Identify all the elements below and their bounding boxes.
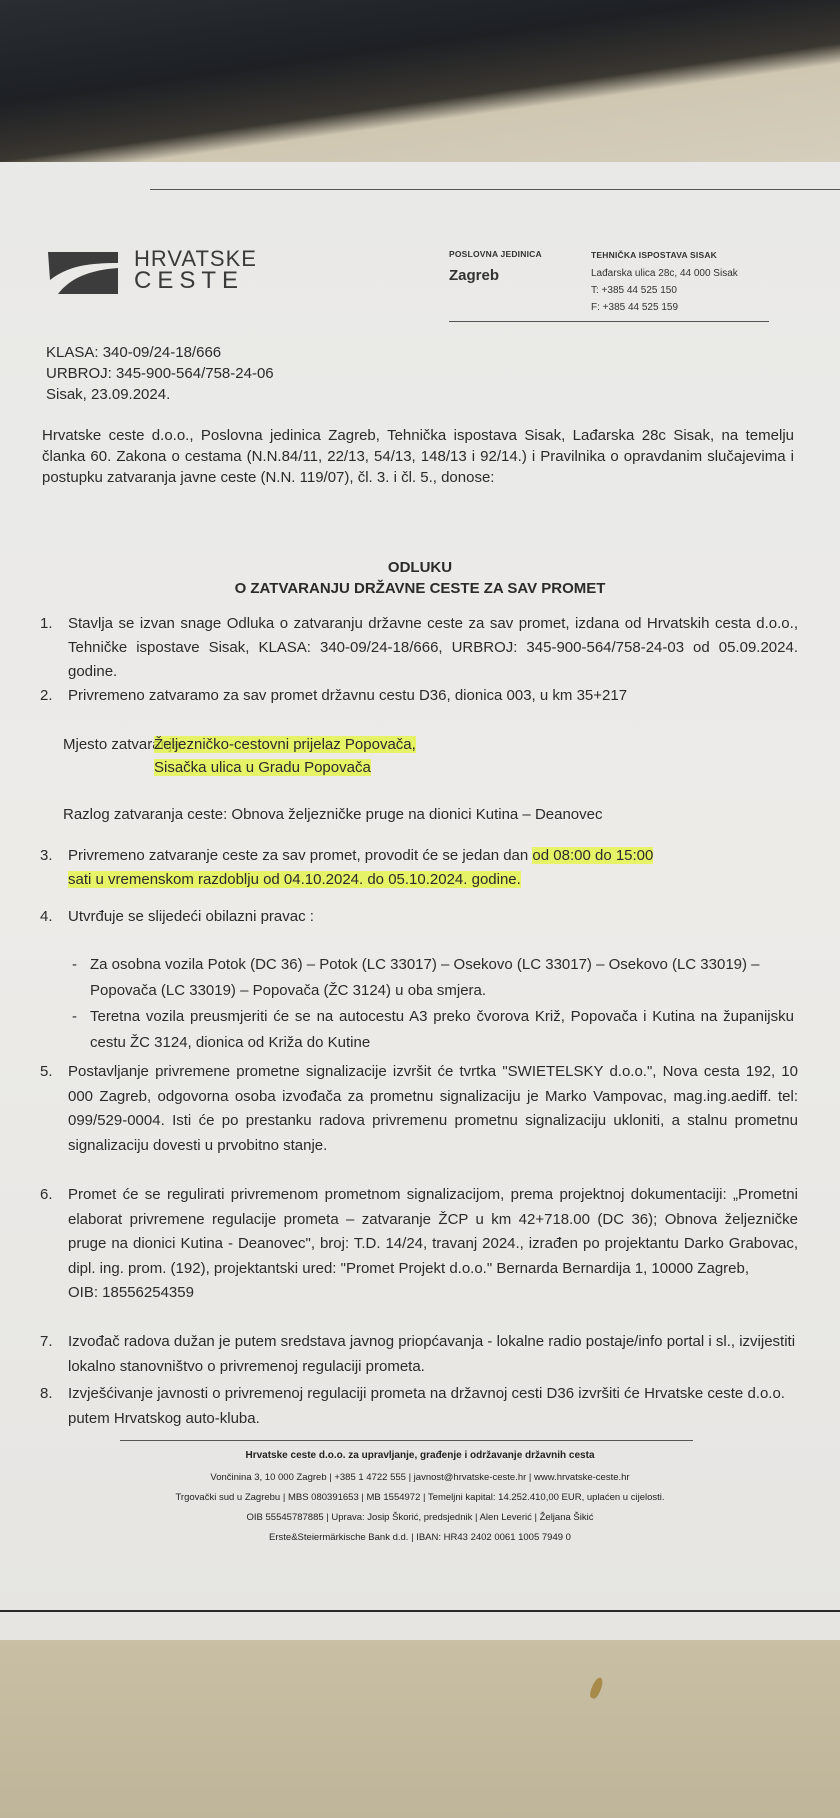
item-number: 6.: [40, 1183, 60, 1208]
office-address: Lađarska ulica 28c, 44 000 Sisak: [591, 265, 738, 282]
item-number: 5.: [40, 1060, 60, 1085]
detour-bullet-2: - Teretna vozila preusmjeriti će se na a…: [72, 1004, 794, 1056]
business-unit-label: POSLOVNA JEDINICA: [449, 249, 542, 259]
footer-contact: Vončinina 3, 10 000 Zagreb | +385 1 4722…: [0, 1468, 840, 1488]
document-meta: KLASA: 340-09/24-18/666 URBROJ: 345-900-…: [46, 342, 274, 405]
decision-item-2: 2. Privremeno zatvaramo za sav promet dr…: [40, 684, 798, 708]
item-number: 1.: [40, 612, 60, 636]
decision-item-5: 5. Postavljanje privremene prometne sign…: [40, 1060, 798, 1158]
item-text: Privremeno zatvaranje ceste za sav prome…: [68, 847, 532, 864]
business-unit-name: Zagreb: [449, 267, 542, 284]
footer-registry: Trgovački sud u Zagrebu | MBS 080391653 …: [0, 1488, 840, 1508]
office-label: TEHNIČKA ISPOSTAVA SISAK: [591, 249, 738, 261]
bullet-text: Za osobna vozila Potok (DC 36) – Potok (…: [90, 952, 794, 1004]
decision-item-1: 1. Stavlja se izvan snage Odluka o zatva…: [40, 612, 798, 684]
decision-title: ODLUKU: [0, 557, 840, 578]
detour-bullet-1: - Za osobna vozila Potok (DC 36) – Potok…: [72, 952, 794, 1004]
item-text: Izvođač radova dužan je putem sredstava …: [68, 1330, 798, 1379]
decision-item-3: 3. Privremeno zatvaranje ceste za sav pr…: [40, 844, 798, 892]
item-text: Izvješćivanje javnosti o privremenoj reg…: [68, 1382, 798, 1431]
closure-hours: od 08:00 do 15:00: [532, 847, 653, 864]
decision-item-8: 8. Izvješćivanje javnosti o privremenoj …: [40, 1382, 798, 1431]
header-divider: [449, 321, 769, 322]
office-fax: F: +385 44 525 159: [591, 299, 738, 316]
item-number: 3.: [40, 844, 60, 868]
item-oib: OIB: 18556254359: [68, 1281, 798, 1306]
page-fold-line-bottom: [0, 1610, 840, 1612]
bullet-text: Teretna vozila preusmjeriti će se na aut…: [90, 1004, 794, 1056]
klasa: KLASA: 340-09/24-18/666: [46, 342, 274, 363]
bullet-marker: -: [72, 1004, 77, 1030]
footer-divider: [120, 1440, 693, 1441]
office-phone: T: +385 44 525 150: [591, 282, 738, 299]
footer: Hrvatske ceste d.o.o. za upravljanje, gr…: [0, 1446, 840, 1548]
hrvatske-ceste-logo: HRVATSKE CESTE: [48, 248, 238, 298]
item-number: 7.: [40, 1330, 60, 1355]
photo-background-desk: [0, 1640, 840, 1818]
item-number: 2.: [40, 684, 60, 708]
closure-location-line1: Željezničko-cestovni prijelaz Popovača,: [154, 733, 416, 756]
footer-management: OIB 55545787885 | Uprava: Josip Škorić, …: [0, 1508, 840, 1528]
decision-item-7: 7. Izvođač radova dužan je putem sredsta…: [40, 1330, 798, 1379]
business-unit: POSLOVNA JEDINICA Zagreb: [449, 249, 542, 284]
item-text: Utvrđuje se slijedeći obilazni pravac :: [68, 905, 798, 929]
closure-reason: Razlog zatvaranja ceste: Obnova željezni…: [63, 803, 603, 826]
item-text: Stavlja se izvan snage Odluka o zatvaran…: [68, 612, 798, 684]
logo-text-ceste: CESTE: [134, 270, 257, 292]
closure-location-line2: Sisačka ulica u Gradu Popovača: [154, 756, 371, 779]
decision-item-6: 6. Promet će se regulirati privremenom p…: [40, 1183, 798, 1306]
bullet-marker: -: [72, 952, 77, 978]
item-number: 8.: [40, 1382, 60, 1407]
decision-item-4: 4. Utvrđuje se slijedeći obilazni pravac…: [40, 905, 798, 929]
intro-paragraph: Hrvatske ceste d.o.o., Poslovna jedinica…: [42, 425, 794, 488]
closure-period: sati u vremenskom razdoblju od 04.10.202…: [68, 871, 521, 888]
item-text: Privremeno zatvaramo za sav promet držav…: [68, 684, 798, 708]
decision-subtitle: O ZATVARANJU DRŽAVNE CESTE ZA SAV PROMET: [0, 578, 840, 599]
footer-bank: Erste&Steiermärkische Bank d.d. | IBAN: …: [0, 1528, 840, 1548]
urbroj: URBROJ: 345-900-564/758-24-06: [46, 363, 274, 384]
footer-company: Hrvatske ceste d.o.o. za upravljanje, gr…: [0, 1446, 840, 1466]
place-date: Sisak, 23.09.2024.: [46, 384, 274, 405]
item-number: 4.: [40, 905, 60, 929]
item-text: Postavljanje privremene prometne signali…: [68, 1060, 798, 1158]
page-fold-line: [150, 189, 840, 190]
office-block: TEHNIČKA ISPOSTAVA SISAK Lađarska ulica …: [591, 249, 738, 316]
item-text: Promet će se regulirati privremenom prom…: [68, 1183, 798, 1281]
photo-background-top: [0, 0, 840, 175]
hrvatske-ceste-road-swoosh-icon: [48, 250, 118, 294]
